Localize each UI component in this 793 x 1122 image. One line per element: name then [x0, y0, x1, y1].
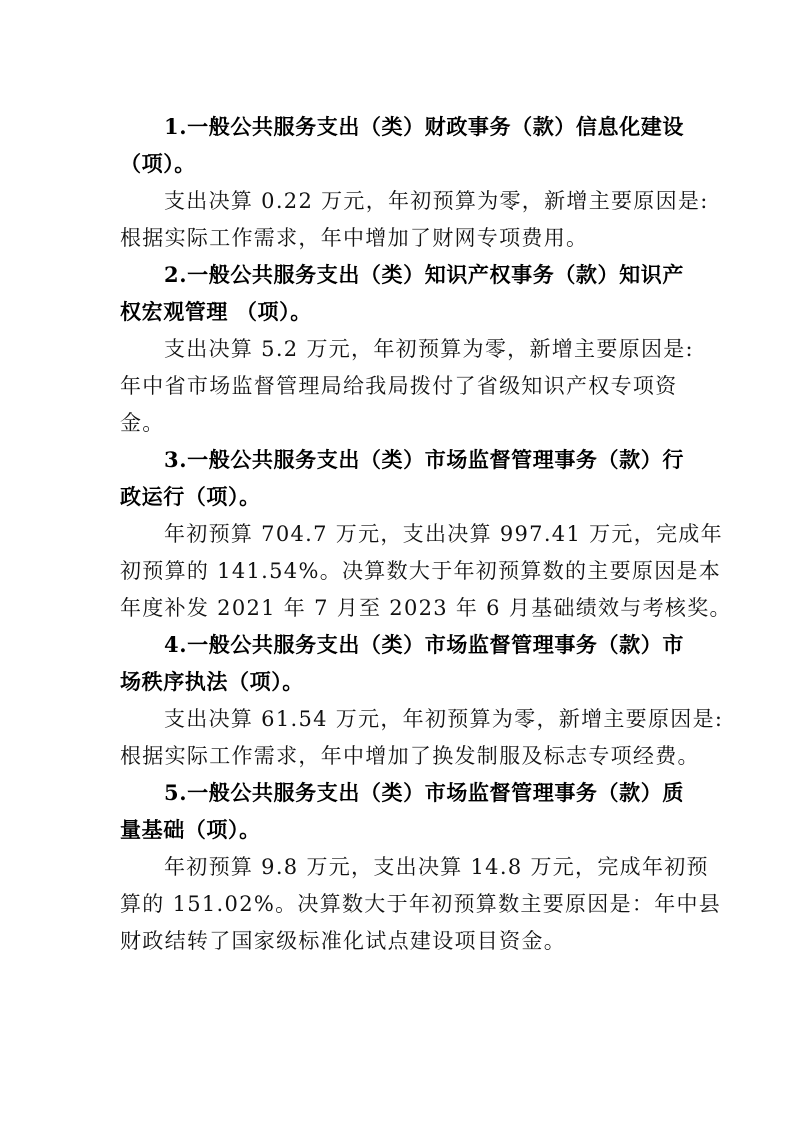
section-body: 支出决算 5.2 万元，年初预算为零，新增主要原因是: — [164, 335, 694, 363]
section-heading: 2.一般公共服务支出（类）知识产权事务（款）知识产 — [164, 261, 684, 289]
section-body-continued: 年中省市场监督管理局给我局拨付了省级知识产权专项资 — [120, 372, 678, 400]
section-heading: 5.一般公共服务支出（类）市场监督管理事务（款）质 — [164, 779, 684, 807]
section-body: 年初预算 9.8 万元，支出决算 14.8 万元，完成年初预 — [164, 853, 709, 881]
section-body-continued: 初预算的 141.54%。决算数大于年初预算数的主要原因是本 — [120, 557, 721, 585]
section-body-continued: 根据实际工作需求，年中增加了财网专项费用。 — [120, 224, 588, 252]
section-heading-continued: （项）。 — [120, 150, 196, 178]
section-heading-continued: 量基础（项）。 — [120, 816, 261, 844]
section-body-continued: 根据实际工作需求，年中增加了换发制服及标志专项经费。 — [120, 742, 700, 770]
document-page: 1.一般公共服务支出（类）财政事务（款）信息化建设 （项）。 支出决算 0.22… — [0, 0, 793, 1122]
section-heading: 1.一般公共服务支出（类）财政事务（款）信息化建设 — [164, 113, 684, 141]
section-body: 支出决算 0.22 万元，年初预算为零，新增主要原因是: — [164, 187, 709, 215]
section-heading-continued: 政运行（项）。 — [120, 483, 261, 511]
section-heading: 3.一般公共服务支出（类）市场监督管理事务（款）行 — [164, 446, 684, 474]
section-body-continued: 年度补发 2021 年 7 月至 2023 年 6 月基础绩效与考核奖。 — [120, 594, 732, 622]
section-heading: 4.一般公共服务支出（类）市场监督管理事务（款）市 — [164, 631, 684, 659]
section-heading-continued: 场秩序执法（项）。 — [120, 668, 304, 696]
section-body-continued: 金。 — [120, 409, 165, 437]
section-body: 支出决算 61.54 万元，年初预算为零，新增主要原因是: — [164, 705, 723, 733]
section-body: 年初预算 704.7 万元，支出决算 997.41 万元，完成年 — [164, 520, 723, 548]
section-body-continued: 算的 151.02%。决算数大于年初预算数主要原因是：年中县 — [120, 890, 721, 918]
section-heading-continued: 权宏观管理 （项）。 — [120, 298, 312, 326]
section-body-continued: 财政结转了国家级标准化试点建设项目资金。 — [120, 927, 566, 955]
